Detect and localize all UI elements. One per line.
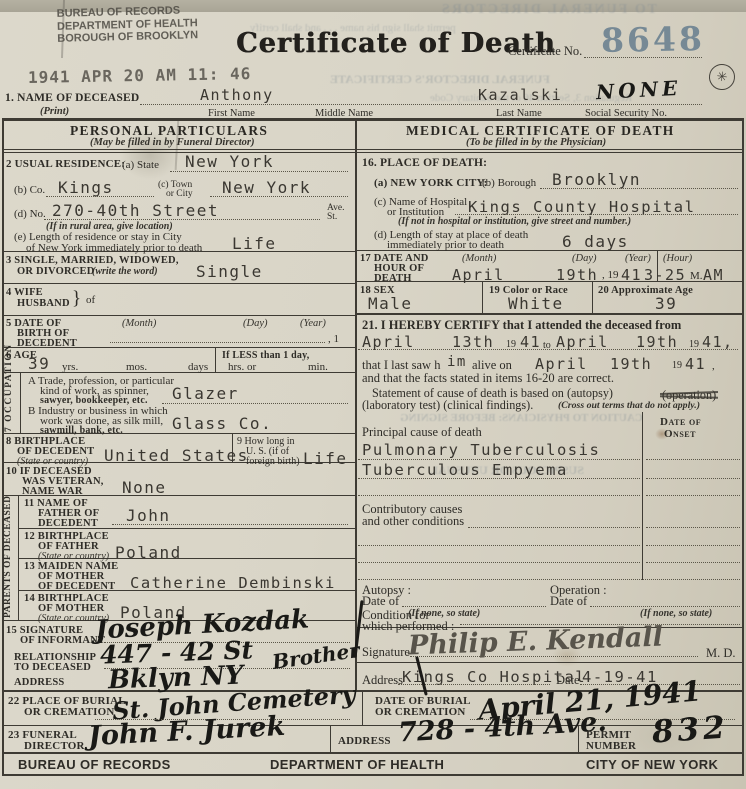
field6-mos-label: mos.: [126, 361, 147, 373]
field17-month-value: April: [452, 266, 505, 284]
field7b-label3: sawmill, bank, etc.: [40, 425, 123, 436]
field10-value: None: [122, 478, 167, 497]
field6-value: 39: [28, 354, 50, 373]
field4-label2: HUSBAND: [17, 298, 70, 309]
rule-v: [592, 281, 593, 313]
cause-line: [646, 478, 740, 479]
field3-value: Single: [196, 262, 263, 281]
asterisk-seal-icon: ✳: [707, 62, 736, 91]
field19-value: White: [508, 294, 564, 313]
field7a-line: [162, 403, 348, 404]
rule-h: [356, 662, 744, 663]
field15-label2: OF INFORMANT: [20, 635, 105, 646]
column-divider: [355, 118, 357, 690]
field16a-line: [540, 188, 738, 189]
autopsy-date-line: [402, 606, 546, 607]
field17-label3: DEATH: [374, 273, 412, 284]
physician-address-label: Address: [362, 673, 403, 688]
field2-st-label: St.: [327, 212, 337, 222]
onset-column-divider: [642, 412, 643, 580]
physician-signature-label: Signature: [362, 645, 410, 660]
cause-line: [646, 495, 740, 496]
field2a-line: [170, 171, 348, 172]
field4-of: of: [86, 294, 95, 306]
field21-facts-text: and that the facts stated in items 16-20…: [362, 371, 614, 386]
rule-v: [215, 347, 216, 372]
rule-v: [482, 281, 483, 313]
field3-note: (write the word): [92, 266, 158, 277]
field3-label2: OR DIVORCED: [17, 266, 95, 277]
certificate-no-label: Certificate No.: [508, 44, 582, 59]
table-border-top: [2, 118, 744, 121]
field12-value: Poland: [115, 543, 182, 562]
field23-address-label: ADDRESS: [338, 735, 391, 747]
field5-month-label: (Month): [122, 318, 156, 329]
field11-value: John: [126, 506, 171, 525]
rule-h: [2, 372, 355, 373]
cause-line: [646, 527, 740, 528]
field21-saw-comma: ,: [712, 360, 715, 372]
field21-statement-text2: (laboratory test) (clinical findings).: [362, 398, 533, 413]
field9-value: Life: [303, 449, 348, 468]
rule-v: [362, 690, 363, 725]
bleed-through-text: TO FUNERAL DIRECTORS: [440, 2, 657, 18]
rule-v: [20, 372, 21, 433]
name-line: [140, 104, 702, 105]
rule-h: [2, 752, 744, 754]
field21-crossout-note: (Cross out terms that do not apply.): [558, 400, 700, 411]
field4-brace: }: [72, 288, 81, 310]
field17-day-value: 19th: [556, 266, 598, 284]
cause-line: [358, 478, 640, 479]
received-date-stamp: 1941 APR 20 AM 11: 46: [28, 64, 252, 87]
office-stamp-line: BOROUGH OF BROOKLYN: [57, 29, 198, 45]
field5-label3: DECEDENT: [17, 338, 77, 349]
contributory-label2: and other conditions: [362, 514, 464, 529]
field2d-line: [44, 219, 320, 220]
rule-h: [2, 315, 355, 316]
field2d-label: (d) No.: [14, 208, 46, 220]
field6-yrs-label: yrs.: [62, 361, 78, 373]
field16a-label: (a) NEW YORK CITY:: [374, 177, 488, 189]
field21-saw-19: 19: [672, 360, 682, 371]
field11-line: [112, 524, 348, 525]
table-border-right: [742, 118, 744, 775]
field15-address-label: ADDRESS: [14, 677, 64, 688]
principal-cause-label: Principal cause of death: [362, 425, 482, 440]
table-border-left: [2, 118, 4, 775]
print-note: (Print): [40, 106, 69, 117]
field15-rel-label2: TO DECEASED: [14, 662, 91, 673]
field6-less-label: If LESS than 1 day,: [222, 350, 309, 361]
operation-date-label: Date of: [550, 594, 587, 609]
first-name-value: Anthony: [200, 86, 274, 104]
field23-label2: DIRECTOR: [24, 740, 85, 752]
death-certificate-scan: TO FUNERAL DIRECTORS permit shall sign h…: [0, 0, 746, 789]
field17-year-label: (Year): [625, 253, 651, 264]
field20-label: 20 Approximate Age: [598, 285, 693, 296]
name-of-deceased-label: 1. NAME OF DECEASED: [5, 92, 139, 104]
field17-ampm-value: AM: [703, 266, 724, 284]
field2b-label: (b) Co.: [14, 184, 45, 196]
field9-label3: foreign birth): [246, 456, 300, 467]
field16b-label: (b) Borough: [482, 177, 536, 189]
operation-note: (If none, so state): [640, 608, 712, 619]
date-of-onset-label2: Onset: [664, 428, 696, 440]
field6-min-label: min.: [308, 361, 328, 373]
field17-month-label: (Month): [462, 253, 496, 264]
cause-line: [358, 579, 740, 580]
cause-line: [646, 562, 740, 563]
personal-particulars-subtitle: (May be filled in by Funeral Director): [90, 137, 254, 148]
header-rule: [2, 152, 744, 153]
footer-city-of-new-york: CITY OF NEW YORK: [586, 757, 718, 772]
ssn-value-handwritten: NONE: [595, 76, 681, 104]
rule-v: [330, 725, 331, 752]
field2c-value: New York: [222, 178, 311, 197]
medical-certificate-subtitle: (To be filled in by the Physician): [466, 137, 606, 148]
field17-day-label: (Day): [572, 253, 597, 264]
bleed-through-text: FUNERAL DIRECTOR'S CERTIFICATE: [330, 72, 550, 87]
table-border-bottom: [2, 774, 744, 776]
field6-days-label: days: [188, 361, 208, 373]
field13-value: Catherine Dembinski: [130, 574, 336, 592]
cause-line: [358, 495, 640, 496]
certificate-no-stamp: 8648: [601, 19, 706, 60]
field5-year-pre: , 1: [328, 333, 339, 345]
field2c-line: [210, 196, 348, 197]
rule-h: [2, 283, 355, 284]
field2c-label2: or City: [166, 189, 193, 199]
bleed-through-text: CAUTION TO PHYSICIANS: BEFORE SIGNING: [400, 412, 643, 424]
field13-label3: OF DECEDENT: [38, 581, 115, 592]
field21-saw-yr: 41: [685, 355, 706, 373]
field22-label2: OR CREMATION: [24, 706, 115, 718]
asterisk-glyph: ✳: [716, 68, 729, 84]
field2e-value: Life: [232, 234, 277, 253]
header-rule: [2, 149, 744, 150]
field7b-value: Glass Co.: [172, 414, 272, 433]
cause-line: [646, 545, 740, 546]
field2b-value: Kings: [58, 178, 114, 197]
field20-value: 39: [655, 294, 677, 313]
md-label: M. D.: [706, 646, 736, 661]
footer-bureau-of-records: BUREAU OF RECORDS: [18, 757, 171, 772]
field5-line: [110, 342, 325, 343]
cause-line: [358, 562, 640, 563]
field7a-value: Glazer: [172, 384, 239, 403]
field17-m-label: M.: [690, 270, 703, 282]
field18-value: Male: [368, 294, 413, 313]
field5-day-label: (Day): [243, 318, 268, 329]
field16c-line: [455, 214, 738, 215]
office-stamp: BUREAU OF RECORDS DEPARTMENT OF HEALTH B…: [57, 4, 199, 45]
field6-hrs-label: hrs. or: [228, 361, 256, 373]
field2a-label: (a) State: [122, 159, 159, 171]
parents-vertical-label: PARENTS OF DECEASED: [3, 497, 13, 618]
date-of-onset-label1: Date of: [660, 416, 701, 428]
field17-hour-value: 3-25: [644, 266, 686, 284]
field2b-line: [46, 196, 154, 197]
field2d-value: 270-40th Street: [52, 201, 219, 220]
cause-line: [358, 459, 640, 460]
field7-vertical-label: 7 OCCUPATION: [4, 374, 14, 432]
field16-borough-value: Brooklyn: [552, 170, 641, 189]
field21-saw-day: 19th: [610, 355, 652, 373]
field17-hour-label: (Hour): [663, 253, 692, 264]
cause-line: [358, 545, 640, 546]
field8-value: United States: [104, 446, 249, 465]
field3-label1: 3 SINGLE, MARRIED, WIDOWED,: [6, 255, 179, 266]
field21-certify-text: 21. I HEREBY CERTIFY that I attended the…: [362, 318, 681, 333]
field11-label3: DECEDENT: [38, 518, 98, 529]
last-name-value: Kazalski: [478, 86, 562, 104]
rule-h: [356, 313, 744, 315]
footer-department-of-health: DEPARTMENT OF HEALTH: [270, 757, 444, 772]
field5-year-label: (Year): [300, 318, 326, 329]
rule-v: [18, 495, 19, 620]
cause-of-death-1: Pulmonary Tuberculosis: [362, 441, 600, 459]
field10-label3: NAME WAR: [22, 486, 83, 497]
field16d-label2: immediately prior to death: [387, 239, 504, 251]
autopsy-date-label: Date of: [362, 594, 399, 609]
field2a-value: New York: [185, 152, 274, 171]
cause-line: [468, 527, 640, 528]
field21-line1: [358, 349, 738, 350]
field21-saw-im: im: [447, 354, 467, 370]
cause-of-death-2: Tuberculous Empyema: [362, 461, 568, 479]
physician-address-line: [398, 684, 550, 685]
cause-line: [646, 459, 740, 460]
field16c-note: (If not in hospital or institution, give…: [398, 216, 631, 227]
field4-label1: 4 WIFE: [6, 287, 43, 298]
field16d-value: 6 days: [562, 232, 629, 251]
field2-label: 2 USUAL RESIDENCE:: [6, 158, 125, 170]
field17-year-pre: , 19: [602, 269, 619, 281]
permit-label2: NUMBER: [586, 740, 636, 752]
field2e-label2: of New York immediately prior to death: [26, 242, 202, 254]
operation-date-line: [590, 606, 740, 607]
field17-year-value: 41: [621, 266, 642, 284]
field16-label: 16. PLACE OF DEATH:: [362, 157, 487, 169]
permit-number-value: 832: [651, 709, 730, 750]
